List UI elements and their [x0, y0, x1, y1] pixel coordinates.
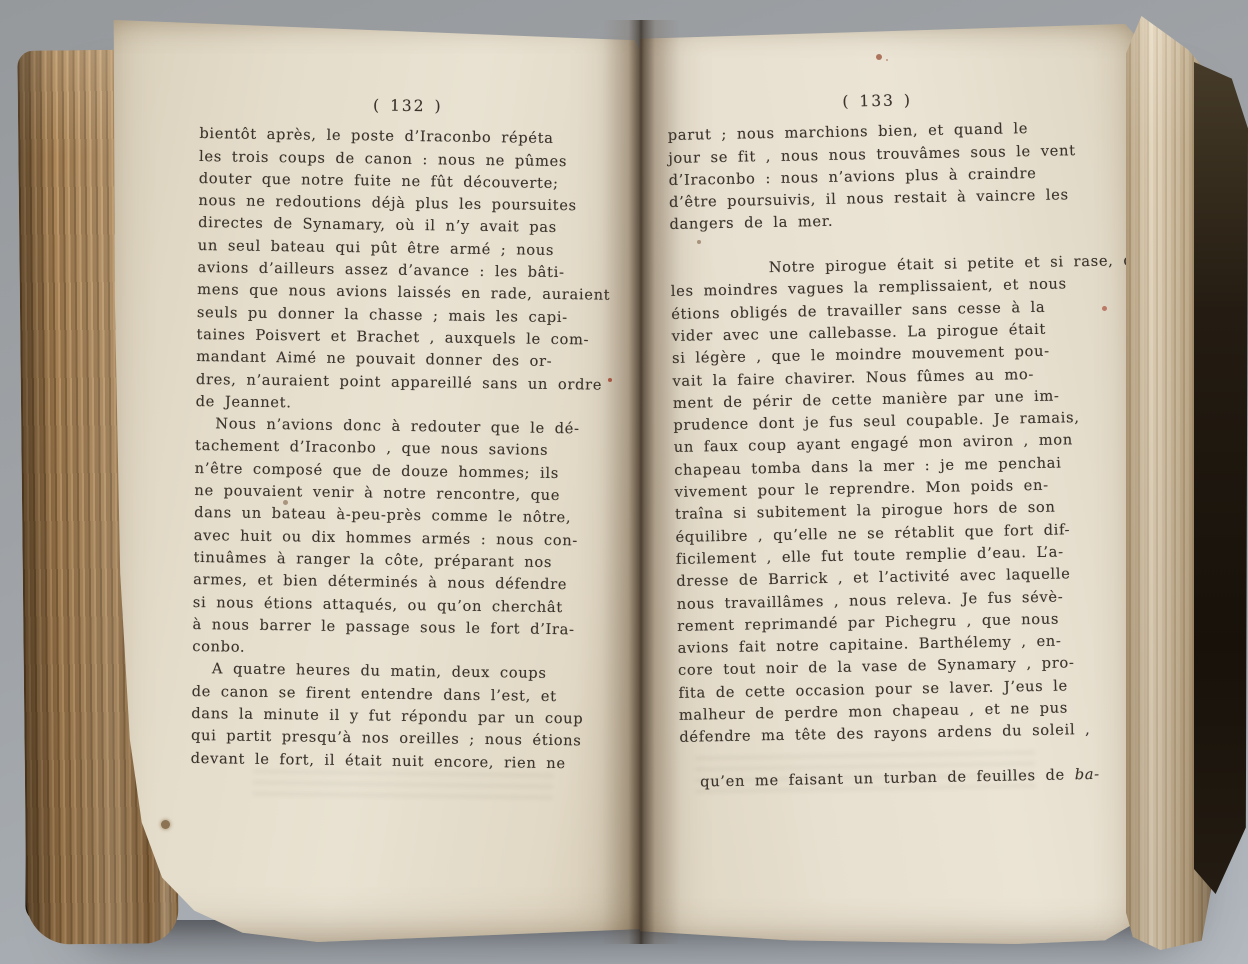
ink-show-through — [695, 751, 1036, 799]
paragraph: Nous n’avions donc à redouter que le dé-… — [192, 413, 611, 664]
paragraph-text: Notre pirogue était si petite et si rase… — [671, 252, 1153, 746]
stain-spot — [161, 820, 170, 829]
book-gutter — [602, 20, 680, 944]
book-cover-right — [1194, 62, 1248, 894]
ink-show-through — [253, 770, 553, 804]
open-book: ( 132 ) bientôt après, le poste d’Iracon… — [0, 0, 1248, 964]
left-page-text: ( 132 ) bientôt après, le poste d’Iracon… — [191, 92, 616, 776]
stain-spot — [697, 240, 701, 244]
stain-spot — [876, 54, 882, 60]
paragraph: Notre pirogue était si petite et si rase… — [670, 229, 1101, 839]
page-number-132: ( 132 ) — [200, 92, 616, 120]
stain-spot — [283, 500, 288, 505]
paragraph: bientôt après, le poste d’Iraconbo répét… — [196, 123, 616, 419]
page-number-133: ( 133 ) — [667, 86, 1087, 116]
right-page-text: ( 133 ) parut ; nous marchions bien, et … — [667, 86, 1101, 839]
paragraph: A quatre heures du matin, deux coups de … — [191, 658, 609, 775]
photo-background: ( 132 ) bientôt après, le poste d’Iracon… — [0, 0, 1248, 964]
left-page: ( 132 ) bientôt après, le poste d’Iracon… — [103, 20, 640, 942]
right-page: ( 133 ) parut ; nous marchions bien, et … — [640, 24, 1140, 944]
paragraph: parut ; nous marchions bien, et quand le… — [668, 117, 1090, 237]
italic-word: ba- — [1075, 766, 1100, 783]
stain-spot — [1102, 306, 1107, 311]
